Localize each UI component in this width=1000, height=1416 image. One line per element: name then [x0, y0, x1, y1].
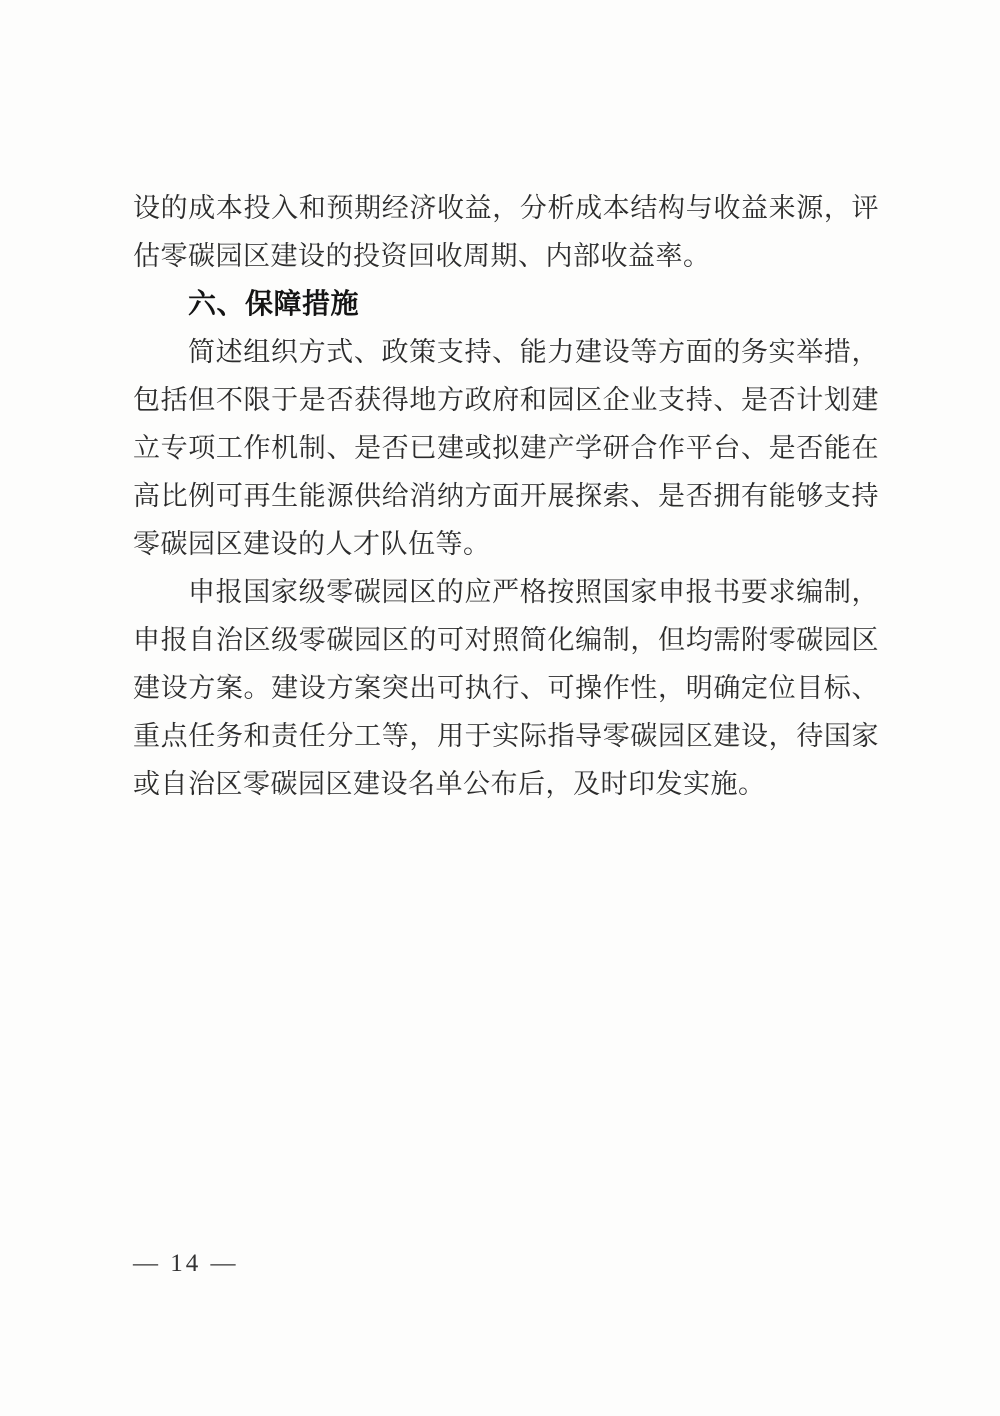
- body-paragraph: 简述组织方式、政策支持、能力建设等方面的务实举措，包括但不限于是否获得地方政府和…: [133, 328, 879, 568]
- text-line: 零碳园区建设的人才队伍等。: [133, 520, 879, 568]
- text-line: 高比例可再生能源供给消纳方面开展探索、是否拥有能够支持: [133, 472, 879, 520]
- page-number: — 14 —: [133, 1248, 239, 1280]
- body-paragraph: 设的成本投入和预期经济收益，分析成本结构与收益来源，评估零碳园区建设的投资回收周…: [133, 184, 879, 280]
- heading-line: 六、保障措施: [133, 280, 879, 328]
- body-paragraph: 申报国家级零碳园区的应严格按照国家申报书要求编制，申报自治区级零碳园区的可对照简…: [133, 568, 879, 808]
- text-line: 简述组织方式、政策支持、能力建设等方面的务实举措，: [133, 328, 879, 376]
- document-page: 设的成本投入和预期经济收益，分析成本结构与收益来源，评估零碳园区建设的投资回收周…: [0, 0, 1000, 1416]
- section-heading: 六、保障措施: [133, 280, 879, 328]
- text-line: 或自治区零碳园区建设名单公布后，及时印发实施。: [133, 760, 879, 808]
- text-line: 包括但不限于是否获得地方政府和园区企业支持、是否计划建: [133, 376, 879, 424]
- text-line: 设的成本投入和预期经济收益，分析成本结构与收益来源，评: [133, 184, 879, 232]
- text-line: 申报自治区级零碳园区的可对照简化编制，但均需附零碳园区: [133, 616, 879, 664]
- text-line: 申报国家级零碳园区的应严格按照国家申报书要求编制，: [133, 568, 879, 616]
- text-line: 重点任务和责任分工等，用于实际指导零碳园区建设，待国家: [133, 712, 879, 760]
- text-line: 建设方案。建设方案突出可执行、可操作性，明确定位目标、: [133, 664, 879, 712]
- text-line: 立专项工作机制、是否已建或拟建产学研合作平台、是否能在: [133, 424, 879, 472]
- text-block: 设的成本投入和预期经济收益，分析成本结构与收益来源，评估零碳园区建设的投资回收周…: [133, 184, 879, 808]
- text-line: 估零碳园区建设的投资回收周期、内部收益率。: [133, 232, 879, 280]
